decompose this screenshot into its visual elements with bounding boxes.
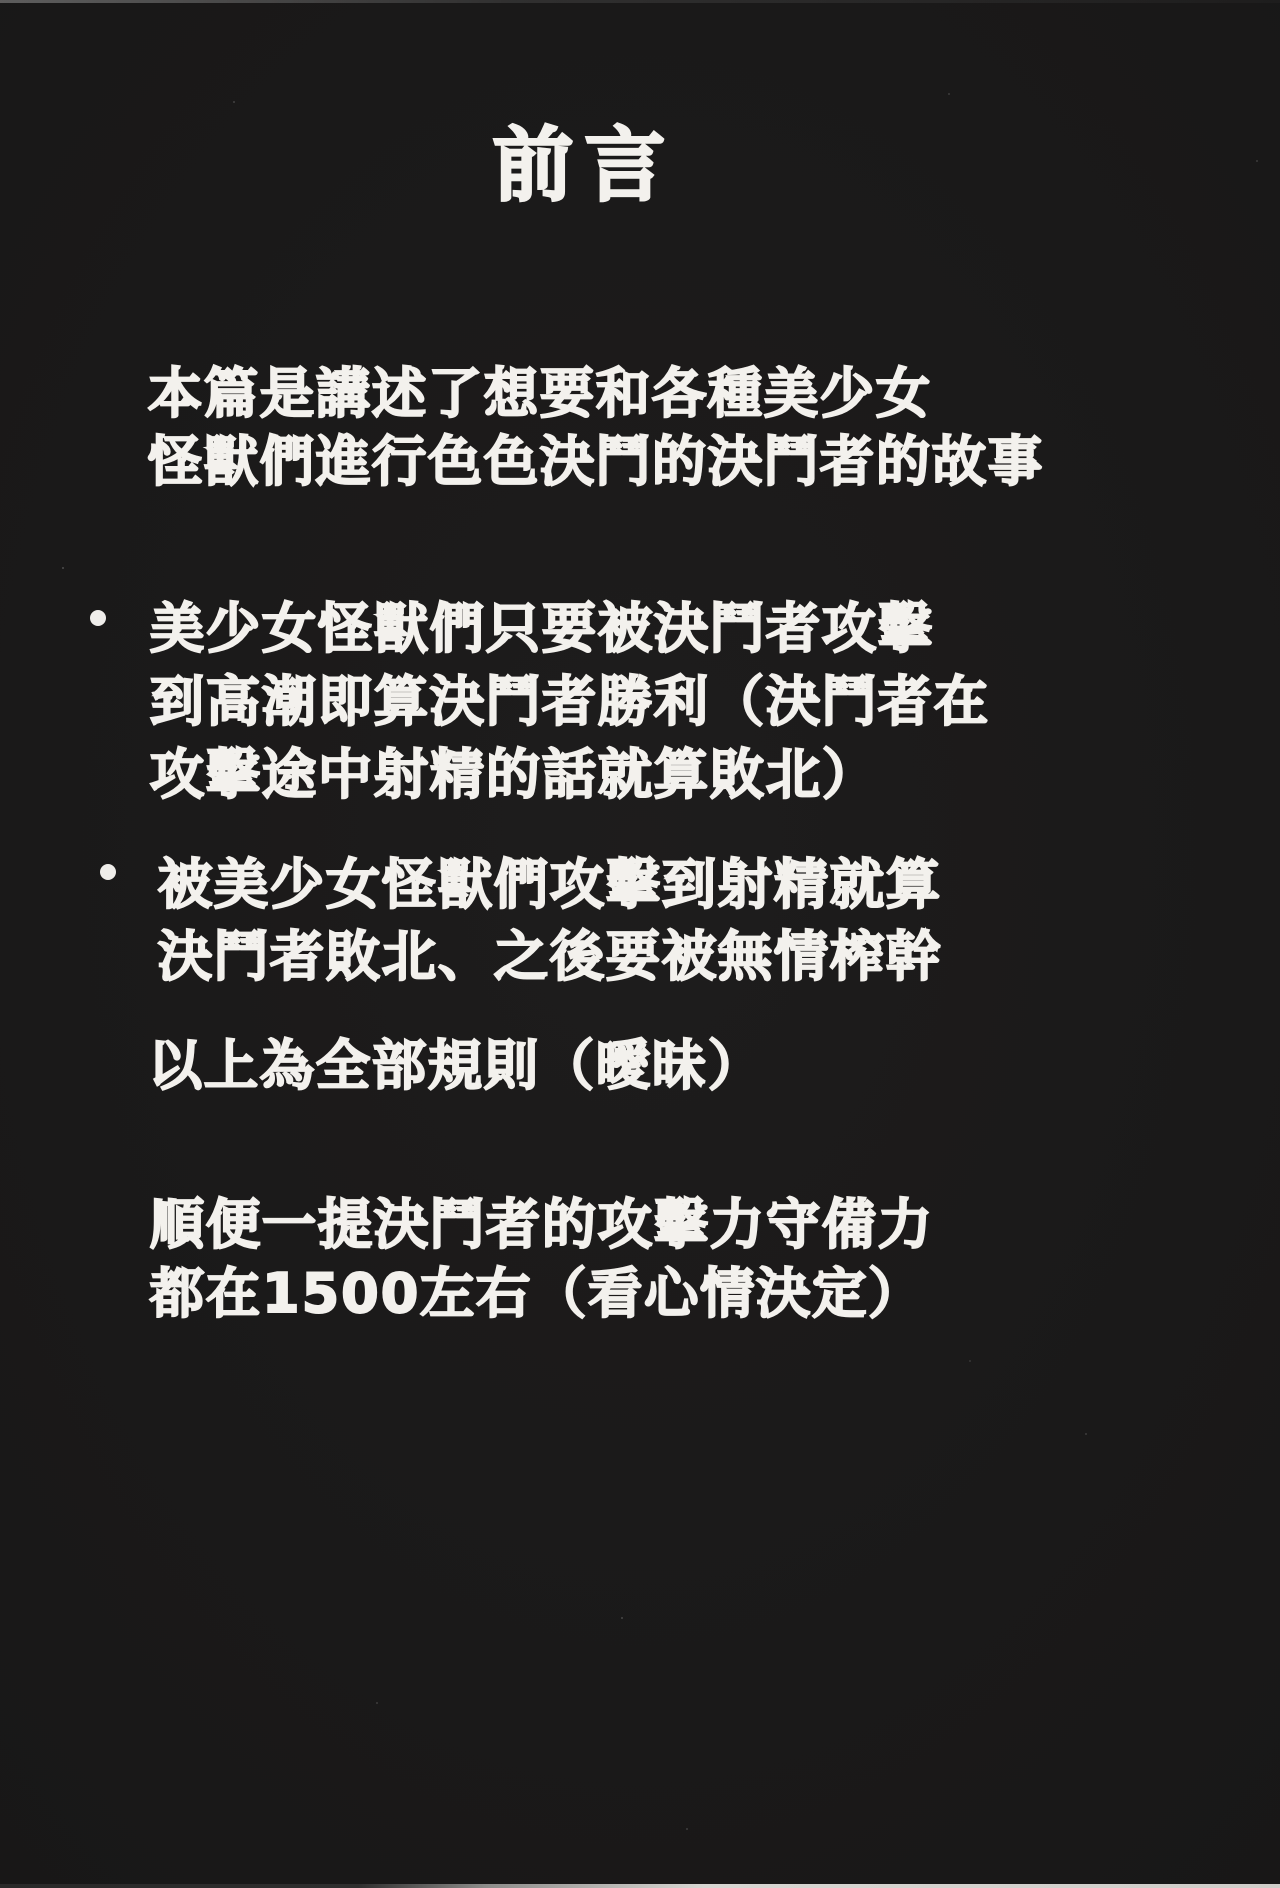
- scan-edge-top: [0, 0, 1280, 3]
- scan-noise-speckles: [0, 0, 2, 2]
- preface-page: 前言 本篇是講述了想要和各種美少女 怪獸們進行色色決鬥的決鬥者的故事 美少女怪獸…: [0, 0, 1280, 1888]
- intro-paragraph: 本篇是講述了想要和各種美少女 怪獸們進行色色決鬥的決鬥者的故事: [148, 360, 1044, 496]
- note-line-1: 順便一提決鬥者的攻擊力守備力: [150, 1190, 934, 1259]
- rule-2-line-1: 被美少女怪獸們攻擊到射精就算: [158, 849, 942, 921]
- rules-summary: 以上為全部規則（曖昧）: [148, 1030, 764, 1102]
- rule-bullet-1: 美少女怪獸們只要被決鬥者攻擊 到高潮即算決鬥者勝利（決鬥者在 攻擊途中射精的話就…: [150, 592, 990, 811]
- rule-1-line-2: 到高潮即算決鬥者勝利（決鬥者在: [150, 665, 990, 738]
- rule-2-line-2: 決鬥者敗北、之後要被無情榨幹: [158, 921, 942, 993]
- rule-bullet-2: 被美少女怪獸們攻擊到射精就算 決鬥者敗北、之後要被無情榨幹: [158, 849, 942, 993]
- intro-line-2: 怪獸們進行色色決鬥的決鬥者的故事: [148, 428, 1044, 496]
- page-title: 前言: [0, 126, 1170, 206]
- bullet-dot-icon: [90, 610, 106, 626]
- rule-1-line-3: 攻擊途中射精的話就算敗北）: [150, 738, 990, 811]
- intro-line-1: 本篇是講述了想要和各種美少女: [148, 360, 1044, 428]
- scan-edge-bottom: [0, 1884, 1280, 1888]
- note-paragraph: 順便一提決鬥者的攻擊力守備力 都在1500左右（看心情決定）: [150, 1190, 934, 1328]
- rule-1-line-1: 美少女怪獸們只要被決鬥者攻擊: [150, 592, 990, 665]
- bullet-dot-icon: [100, 864, 116, 880]
- note-line-2: 都在1500左右（看心情決定）: [150, 1259, 934, 1328]
